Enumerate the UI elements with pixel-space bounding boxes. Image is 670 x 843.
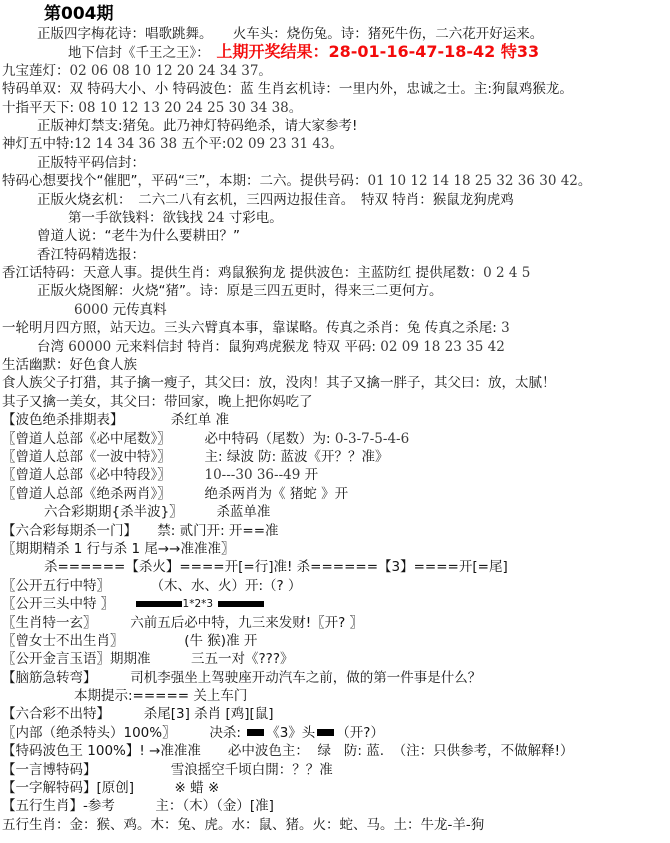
- internal-kill-head-line: 〖内部（绝杀特头）100%〗 决杀: 《3》头（开?）: [0, 724, 670, 742]
- spacer: [117, 633, 185, 649]
- text-run: 〖公开三头中特 〗: [2, 596, 108, 612]
- text-run: 寸彩电。: [224, 210, 282, 226]
- text-run: 第一手欲钱料：欲钱找: [68, 210, 207, 226]
- text-run: 3: [501, 320, 510, 336]
- one-char-answer: ※ 蜡 ※: [175, 780, 220, 796]
- text-run: 杀尾[3] 杀肖 [鸡][鼠]: [144, 706, 274, 722]
- money-wish-line: 第一手欲钱料：欲钱找 24 寸彩电。: [0, 209, 670, 227]
- black-bar-small: [317, 729, 334, 736]
- wave-kill-table-line: 【波色绝杀排期表】 杀红单 准: [0, 411, 670, 429]
- text-run: （开?）: [336, 725, 384, 741]
- spacer: [164, 486, 205, 502]
- text-run: 〖曾道人总部《一波中特》〗: [2, 449, 164, 465]
- text-run: 一轮明月四方照，站天边。三头六臂真本事，靠谋略。传真之杀肖：兔 传真之杀尾:: [2, 320, 501, 336]
- text-run: 神灯五中特:: [2, 136, 74, 152]
- fire-mystery-line: 正版火烧玄机： 二六二八有玄机，三四两边报佳音。 特双 特肖：猴鼠龙狗虎鸡: [0, 191, 670, 209]
- madam-zeng-line: 〖曾女士不出生肖〗 (牛 猴)准 开: [0, 632, 670, 650]
- text-run: 【六合彩不出特】: [2, 706, 103, 722]
- text-run: 02 09 23 31 43。: [226, 136, 343, 152]
- moon-line: 一轮明月四方照，站天边。三头六臂真本事，靠谋略。传真之杀肖：兔 传真之杀尾: 3: [0, 319, 670, 337]
- spacer: [130, 523, 157, 539]
- text-run: 六前五后必中特，九三来发财!〖开? 〗: [130, 615, 363, 631]
- spacer: [176, 504, 217, 520]
- text-run: 〖公开五行中特〗: [2, 578, 103, 594]
- spacer: [115, 798, 156, 814]
- text-run: 其子又擒一美女，其父曰：带回家，晚上把你妈吃了: [2, 394, 313, 410]
- black-bar: [136, 601, 182, 607]
- nine-lotus-line: 九宝莲灯：02 06 08 10 12 20 24 34 37。: [0, 62, 670, 80]
- text-run: 12 14 34 36 38: [74, 136, 177, 152]
- odd-even-line: 特码单双：双 特码大小、小 特码波色：蓝 生肖玄机诗：一里内外，忠诚之士。主:狗…: [0, 80, 670, 98]
- kill-half-wave-line: 六合彩期期{杀半波}〗 杀蓝单准: [0, 503, 670, 521]
- fire-diagram-line: 正版火烧图解：火烧“猪”。诗：原是三四五更时，得来三二更何方。: [0, 282, 670, 300]
- spacer: [151, 651, 192, 667]
- text-run: 〖曾道人总部《必中尾数》〗: [2, 431, 164, 447]
- last-draw-result: 上期开奖结果：28-01-16-47-18-42 特33: [217, 42, 540, 61]
- text-run: 开: [300, 467, 318, 483]
- text-run: 正版火烧玄机： 二六二八有玄机，三四两边报佳音。 特双 特肖：猴鼠龙狗虎鸡: [37, 192, 514, 208]
- xiangjiang-special-line: 香江话特码：天意人事。提供生肖：鸡鼠猴狗龙 提供波色：主蓝防红 提供尾数：0 2…: [0, 264, 670, 282]
- spacer: [134, 780, 175, 796]
- spacer: [90, 670, 131, 686]
- fax-6000-line: 6000 元传真料: [0, 301, 670, 319]
- black-bar-small: [247, 729, 264, 736]
- must-hit-tails-line: 〖曾道人总部《必中尾数》〗 必中特码（尾数）为: 0-3-7-5-4-6: [0, 430, 670, 448]
- text-run: 【波色绝杀排期表】: [2, 412, 117, 428]
- brain-teaser-line: 【脑筋急转弯】 司机李强坐上驾驶座开动汽车之前，做的第一件事是什么？: [0, 669, 670, 687]
- period-title-line: 第004期: [0, 4, 670, 25]
- text-run: 〖公开金言玉语〗期期准: [2, 651, 151, 667]
- nine-lotus-numbers: 02 06 08 10 12 20 24 34 37。: [70, 63, 272, 79]
- text-run: 【一字解特码】[原创]: [2, 780, 134, 796]
- lottery-tip-sheet: 第004期正版四字梅花诗：唱歌跳舞。 火车头：烧伤兔。诗：猪死牛伤，二六花开好运…: [0, 0, 670, 843]
- spacer: [90, 615, 131, 631]
- text-run: 曾道人说：“老牛为什么要耕田？”: [37, 228, 240, 244]
- spacer: [103, 706, 144, 722]
- not-out-special-line: 【六合彩不出特】 杀尾[3] 杀肖 [鸡][鼠]: [0, 705, 670, 723]
- text-run: 生活幽默：好色食人族: [2, 357, 137, 373]
- text-run: 0-3-7-5-4-6: [335, 431, 409, 447]
- te-ping-envelope-line: 正版特平码信封：: [0, 154, 670, 172]
- black-bar: [218, 601, 264, 607]
- text-run: 台湾: [37, 339, 68, 355]
- text-run: 决杀:: [209, 725, 245, 741]
- train-head-poem: 火车头：烧伤兔。诗：猪死牛伤，二六花开好运来。: [233, 26, 544, 42]
- text-run: 〖期期精杀 1 行与杀 1 尾→→准准准〗: [2, 541, 234, 557]
- kill-head-value: 《3》头: [266, 725, 315, 741]
- one-word-bo-line: 【一言博特码】 雪浪摇空千顷白開：？？准: [0, 761, 670, 779]
- spacer: [203, 45, 217, 61]
- kill-two-zodiac-line: 〖曾道人总部《绝杀两肖》〗 绝杀两肖为《 猪蛇 》开: [0, 485, 670, 503]
- plum-poem: 正版四字梅花诗：唱歌跳舞。: [37, 26, 206, 42]
- page-title: 第004期: [44, 4, 114, 24]
- humor-title-line: 生活幽默：好色食人族: [0, 356, 670, 374]
- magic-lamp-ban-line: 正版神灯禁支:猪兔。此乃神灯特码绝杀，请大家参考!: [0, 117, 670, 135]
- five-elements-hit-line: 〖公开五行中特〗 （木、水、火）开:（? ）: [0, 577, 670, 595]
- spacer: [164, 431, 205, 447]
- text-run: 24: [207, 210, 224, 226]
- text-run: 〖曾女士不出生肖〗: [2, 633, 117, 649]
- text-run: 特码心想要找个“催肥”，平码“三”，本期：二六。提供号码：: [2, 173, 367, 189]
- spacer: [213, 596, 217, 612]
- xiangjiang-report-line: 香江特码精选报：: [0, 246, 670, 264]
- text-run: 6000: [74, 302, 108, 318]
- text-run: 正版火烧图解：火烧“猪”。诗：原是三四五更时，得来三二更何方。: [37, 283, 443, 299]
- spacer: [103, 578, 157, 594]
- spacer: [164, 467, 205, 483]
- ten-fingers-numbers: 08 10 12 13 20 24 25 30 34 38。: [78, 100, 302, 116]
- magic-lamp-five-line: 神灯五中特:12 14 34 36 38 五个平:02 09 23 31 43。: [0, 135, 670, 153]
- one-char-solve-line: 【一字解特码】[原创] ※ 蜡 ※: [0, 779, 670, 797]
- plum-poem-line: 正版四字梅花诗：唱歌跳舞。 火车头：烧伤兔。诗：猪死牛伤，二六花开好运来。: [0, 25, 670, 43]
- text-run: 01 10 12 14 18 25 32 36 30 42: [367, 173, 577, 189]
- text-run: 本期提示:===== 关上车门: [74, 688, 247, 704]
- text-run: 60000: [68, 339, 111, 355]
- spacer: [108, 596, 135, 612]
- text-run: 禁: 贰门开: 开==准: [157, 523, 278, 539]
- text-run: 特码单双：双 特码大小、小 特码波色：蓝 生肖玄机诗：一里内外，忠诚之士。主:狗…: [2, 81, 573, 97]
- text-run: 0 2 4 5: [483, 265, 530, 281]
- text-run: 10---30 36--49: [205, 467, 301, 483]
- kill-fire-line: 杀======【杀火】====开[=行]准! 杀======【3】====开[=…: [0, 558, 670, 576]
- text-run: (牛 猴)准 开: [184, 633, 257, 649]
- spacer: [90, 762, 171, 778]
- must-hit-segment-line: 〖曾道人总部《必中特段》〗 10---30 36--49 开: [0, 466, 670, 484]
- envelope-result-line: 地下信封《千王之王》： 上期开奖结果：28-01-16-47-18-42 特33: [0, 43, 670, 61]
- text-run: 杀======【杀火】====开[=行]准! 杀======【3】====开[=…: [44, 559, 508, 575]
- kill-one-gate-line: 【六合彩每期杀一门】 禁: 贰门开: 开==准: [0, 522, 670, 540]
- text-run: 五个平:: [177, 136, 226, 152]
- spacer: [117, 412, 171, 428]
- text-run: 。: [578, 173, 592, 189]
- text-run: 绝杀两肖为《 猪蛇 》开: [205, 486, 349, 502]
- text-run: 十指平天下:: [2, 100, 78, 116]
- text-run: 【一言博特码】: [2, 762, 90, 778]
- five-element-zodiac-ref-line: 【五行生肖】-参考 主：（木）（金）[准]: [0, 797, 670, 815]
- text-run: 【特码波色王 100%】! →准准准: [2, 743, 201, 759]
- text-run: 〖曾道人总部《绝杀两肖》〗: [2, 486, 164, 502]
- text-run: 〖内部（绝杀特头）100%〗: [2, 725, 169, 741]
- text-run: 02 09 18 23 35 42: [380, 339, 505, 355]
- humor-line-2: 其子又擒一美女，其父曰：带回家，晚上把你妈吃了: [0, 393, 670, 411]
- text-run: 〖生肖特一玄〗: [2, 615, 90, 631]
- zengdaoren-say-line: 曾道人说：“老牛为什么要耕田？”: [0, 227, 670, 245]
- text-run: 元来料信封 特肖：鼠狗鸡虎猴龙 特双 平码:: [111, 339, 380, 355]
- text-run: 1*2*3: [183, 598, 214, 610]
- text-run: 九宝莲灯：: [2, 63, 70, 79]
- humor-line-1: 食人族父子打猎，其子擒一瘦子，其父曰：放，没肉！其子又擒一胖子，其父曰：放，太腻…: [0, 374, 670, 392]
- text-run: 【六合彩每期杀一门】: [2, 523, 130, 539]
- text-run: 司机李强坐上驾驶座开动汽车之前，做的第一件事是什么？: [130, 670, 481, 686]
- wave-color-king-line: 【特码波色王 100%】! →准准准 必中波色主： 绿 防: 蓝. （注：只供参…: [0, 742, 670, 760]
- text-run: 三五一对《???》: [191, 651, 294, 667]
- text-run: 必中波色主： 绿 防: 蓝. （注：只供参考，不做解释!）: [228, 743, 574, 759]
- text-run: 主: 绿波 防: 蓝波《开？？准》: [205, 449, 389, 465]
- one-wave-line: 〖曾道人总部《一波中特》〗 主: 绿波 防: 蓝波《开？？准》: [0, 448, 670, 466]
- ten-fingers-line: 十指平天下: 08 10 12 13 20 24 25 30 34 38。: [0, 99, 670, 117]
- precise-kill-line: 〖期期精杀 1 行与杀 1 尾→→准准准〗: [0, 540, 670, 558]
- cuifei-line: 特码心想要找个“催肥”，平码“三”，本期：二六。提供号码：01 10 12 14…: [0, 172, 670, 190]
- text-run: 必中特码（尾数）为:: [205, 431, 335, 447]
- document-lines: 第004期正版四字梅花诗：唱歌跳舞。 火车头：烧伤兔。诗：猪死牛伤，二六花开好运…: [0, 4, 670, 834]
- text-run: 杀红单 准: [171, 412, 229, 428]
- text-run: 食人族父子打猎，其子擒一瘦子，其父曰：放，没肉！其子又擒一胖子，其父曰：放，太腻…: [2, 375, 556, 391]
- text-run: 杀蓝单准: [216, 504, 270, 520]
- zodiac-mystery-line: 〖生肖特一玄〗 六前五后必中特，九三来发财!〖开? 〗: [0, 614, 670, 632]
- text-run: 五行生肖：金：猴、鸡。木：兔、虎。水：鼠、猪。火：蛇、马。土：牛龙-羊-狗: [2, 817, 484, 833]
- text-run: 〖曾道人总部《必中特段》〗: [2, 467, 164, 483]
- text-run: 香江特码精选报：: [37, 247, 145, 263]
- text-run: 六合彩期期{杀半波}〗: [44, 504, 176, 520]
- spacer: [169, 725, 210, 741]
- text-run: 香江话特码：天意人事。提供生肖：鸡鼠猴狗龙 提供波色：主蓝防红 提供尾数：: [2, 265, 483, 281]
- underground-envelope: 地下信封《千王之王》：: [68, 45, 203, 61]
- teaser-hint-line: 本期提示:===== 关上车门: [0, 687, 670, 705]
- text-run: 正版神灯禁支:猪兔。此乃神灯特码绝杀，请大家参考!: [37, 118, 357, 134]
- three-heads-line: 〖公开三头中特 〗 1*2*3: [0, 595, 670, 613]
- five-element-zodiac-line: 五行生肖：金：猴、鸡。木：兔、虎。水：鼠、猪。火：蛇、马。土：牛龙-羊-狗: [0, 816, 670, 834]
- spacer: [201, 743, 228, 759]
- text-run: 元传真料: [108, 302, 166, 318]
- text-run: 【五行生肖】-参考: [2, 798, 115, 814]
- spacer: [164, 449, 205, 465]
- text-run: （木、水、火）开:（? ）: [157, 578, 301, 594]
- text-run: 雪浪摇空千顷白開：？？准: [171, 762, 333, 778]
- golden-words-line: 〖公开金言玉语〗期期准 三五一对《???》: [0, 650, 670, 668]
- taiwan-line: 台湾 60000 元来料信封 特肖：鼠狗鸡虎猴龙 特双 平码: 02 09 18…: [0, 338, 670, 356]
- text-run: 主：（木）（金）[准]: [155, 798, 274, 814]
- text-run: 【脑筋急转弯】: [2, 670, 90, 686]
- text-run: 正版特平码信封：: [37, 155, 145, 171]
- spacer: [206, 26, 233, 42]
